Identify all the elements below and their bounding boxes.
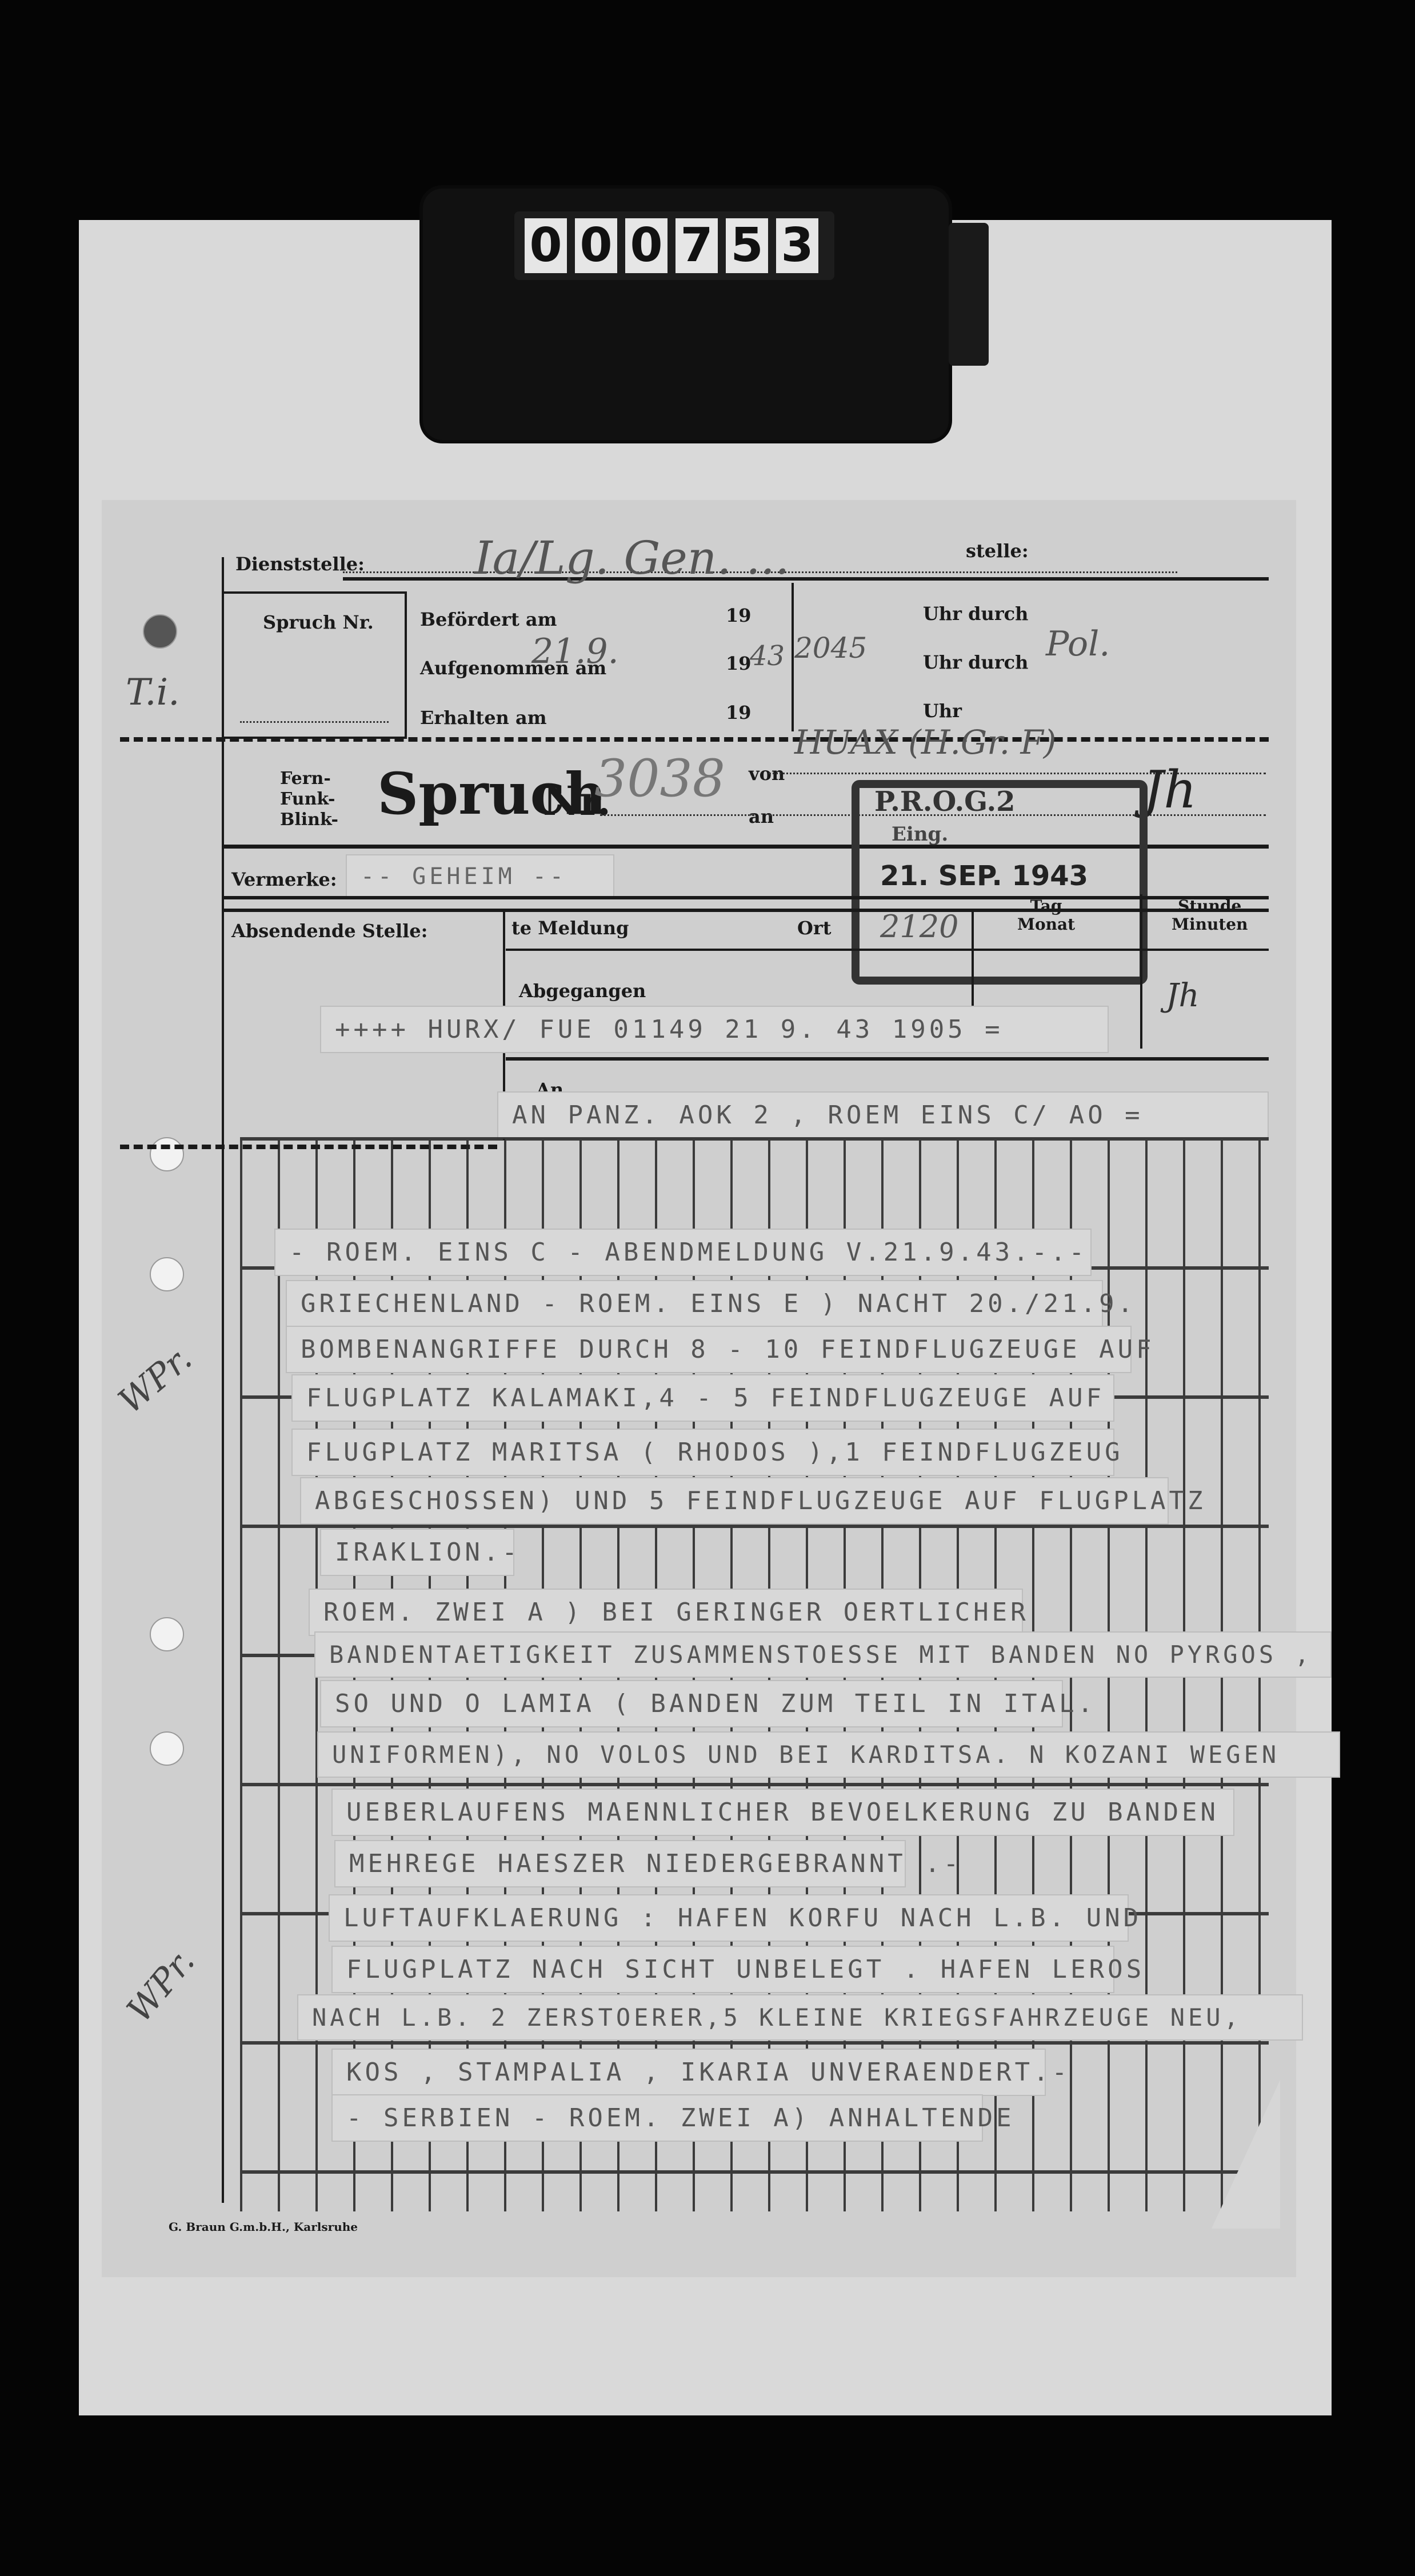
message-line: UNIFORMEN), NO VOLOS UND BEI KARDITSA. N… [317, 1731, 1340, 1778]
year-prefix: 19 [726, 702, 752, 723]
rule [506, 1057, 1269, 1061]
year-prefix: 19 [726, 605, 752, 626]
counter-digit: 3 [776, 218, 818, 273]
message-line: BOMBENANGRIFFE DURCH 8 - 10 FEINDFLUGZEU… [286, 1326, 1132, 1373]
mode-funk: Funk- [280, 789, 338, 810]
aufgenommen-year: 43 [750, 640, 785, 672]
spruch-number: 3038 [594, 749, 725, 809]
meldung-label: te Meldung [511, 917, 629, 939]
message-line: GRIECHENLAND - ROEM. EINS E ) NACHT 20./… [286, 1280, 1103, 1327]
frame-counter-window: 0 0 0 7 5 3 [514, 211, 834, 280]
minuten-label: Minuten [1172, 915, 1248, 934]
dashed-rule [120, 737, 1269, 742]
an-tape: AN PANZ. AOK 2 , ROEM EINS C/ AO = [497, 1091, 1269, 1139]
counter-digit: 7 [675, 218, 718, 273]
message-line: ROEM. ZWEI A ) BEI GERINGER OERTLICHER [309, 1589, 1023, 1636]
erhalten-label: Erhalten am [420, 707, 547, 729]
year-prefix: 19 [726, 653, 752, 674]
stelle-label: stelle: [966, 540, 1029, 562]
message-line: BANDENTAETIGKEIT ZUSAMMENSTOESSE MIT BAN… [314, 1631, 1332, 1678]
punch-hole [150, 1137, 184, 1171]
initials: Jh [1143, 760, 1197, 820]
message-line: LUFTAUFKLAERUNG : HAFEN KORFU NACH L.B. … [329, 1894, 1129, 1942]
stunde-label: Stunde [1172, 897, 1248, 915]
message-line: MEHREGE HAESZER NIEDERGEBRANNT .- [334, 1840, 906, 1887]
divider [792, 583, 794, 731]
message-line: - SERBIEN - ROEM. ZWEI A) ANHALTENDE [331, 2094, 983, 2142]
punch-hole [150, 1617, 184, 1651]
uhr-durch-label: Uhr durch [923, 651, 1028, 673]
message-line: FLUGPLATZ KALAMAKI,4 - 5 FEINDFLUGZEUGE … [291, 1374, 1114, 1422]
counter-digit: 0 [625, 218, 667, 273]
absendende-stelle-label: Absendende Stelle: [231, 920, 427, 942]
message-line: NACH L.B. 2 ZERSTOERER,5 KLEINE KRIEGSFA… [297, 1994, 1303, 2041]
tag-label: Tag [1017, 897, 1075, 915]
rule [223, 896, 1269, 899]
uhr-label: Uhr [923, 700, 962, 722]
punch-hole [143, 614, 177, 649]
monat-label: Monat [1017, 915, 1075, 934]
spruch-nr-box-label: Spruch Nr. [263, 611, 374, 633]
dienststelle-handwriting: Ia/Lg. Gen. ... [474, 531, 789, 585]
vermerke-label: Vermerke: [231, 869, 337, 890]
ort-handwriting: 2120 [880, 909, 958, 945]
von-handwriting: HUAX (H.Gr. F) [794, 723, 1056, 762]
margin-note: T.i. [126, 671, 179, 714]
befoerdert-label: Befördert am [420, 609, 557, 630]
stamp-line1: P.R.O.G.2 [874, 786, 1016, 818]
aufgenommen-date: 21.9. [531, 631, 619, 671]
stamp-date: 21. SEP. 1943 [880, 860, 1088, 892]
mode-fern: Fern- [280, 769, 338, 789]
message-line: UEBERLAUFENS MAENNLICHER BEVOELKERUNG ZU… [331, 1789, 1234, 1836]
abgegangen-label: Abgegangen [519, 980, 646, 1002]
message-line: ABGESCHOSSEN) UND 5 FEINDFLUGZEUGE AUF F… [300, 1477, 1169, 1525]
divider [1140, 894, 1142, 1049]
counter-digit: 0 [575, 218, 617, 273]
aufgenommen-time: 2045 [794, 631, 867, 665]
tag-monat-label: Tag Monat [1017, 897, 1075, 934]
folded-corner [1212, 2080, 1280, 2229]
an-label: an [749, 806, 774, 827]
counter-knob [949, 223, 989, 366]
spruch-nr-line [600, 814, 754, 816]
vermerke-tape: -- GEHEIM -- [346, 854, 614, 899]
form-border-left [222, 557, 224, 2203]
initials-small: Jh [1166, 977, 1200, 1014]
message-line: - ROEM. EINS C - ABENDMELDUNG V.21.9.43.… [274, 1229, 1092, 1276]
stamp-line2: Eing. [892, 823, 948, 846]
message-line: SO UND O LAMIA ( BANDEN ZUM TEIL IN ITAL… [320, 1680, 1063, 1727]
message-line: FLUGPLATZ NACH SICHT UNBELEGT . HAFEN LE… [331, 1946, 1114, 1993]
counter-digit: 0 [525, 218, 567, 273]
spruch-nr-line [240, 721, 389, 723]
mode-labels: Fern- Funk- Blink- [280, 769, 338, 830]
aufgenommen-by: Pol. [1046, 624, 1110, 664]
counter-digit: 5 [726, 218, 768, 273]
mode-blink: Blink- [280, 810, 338, 830]
rule [223, 909, 1269, 912]
rule [506, 949, 1269, 951]
message-line: KOS , STAMPALIA , IKARIA UNVERAENDERT.- [331, 2049, 1046, 2096]
punch-hole [150, 1731, 184, 1766]
ort-label: Ort [797, 917, 832, 939]
printer-imprint: G. Braun G.m.b.H., Karlsruhe [169, 2220, 358, 2234]
punch-hole [150, 1257, 184, 1291]
uhr-durch-label: Uhr durch [923, 603, 1028, 625]
message-line: FLUGPLATZ MARITSA ( RHODOS ),1 FEINDFLUG… [291, 1429, 1114, 1476]
abgegangen-tape: ++++ HURX/ FUE 01149 21 9. 43 1905 = [320, 1006, 1109, 1053]
message-line: IRAKLION.- [320, 1529, 514, 1576]
stunde-minuten-label: Stunde Minuten [1172, 897, 1248, 934]
